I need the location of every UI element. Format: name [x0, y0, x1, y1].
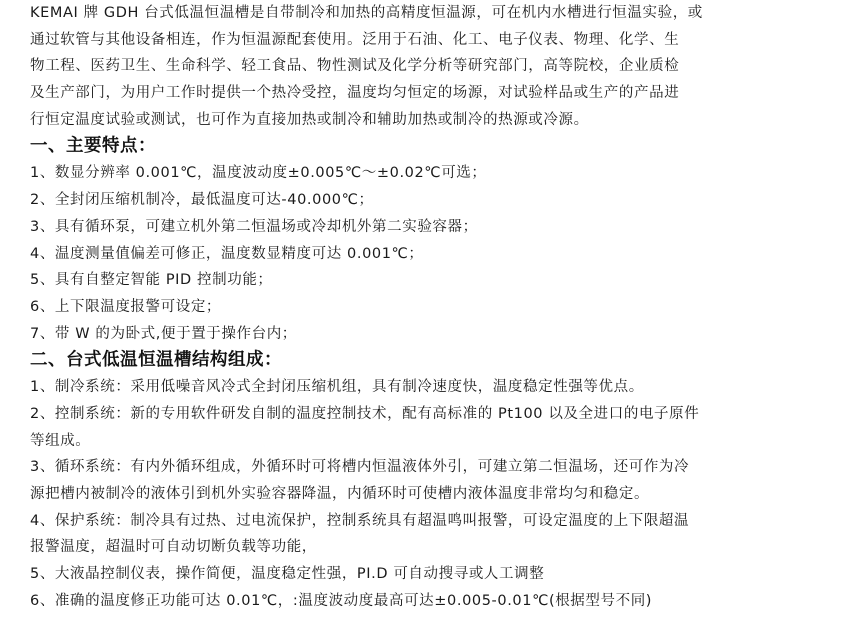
- intro-line: 物工程、医药卫生、生命科学、轻工食品、物性测试及化学分析等研究部门，高等院校，企…: [30, 53, 830, 80]
- feature-item: 6、上下限温度报警可设定；: [30, 294, 830, 321]
- product-description-document: KEMAI 牌 GDH 台式低温恒温槽是自带制冷和加热的高精度恒温源，可在机内水…: [30, 0, 830, 614]
- intro-line: 行恒定温度试验或测试，也可作为直接加热或制冷和辅助加热或制冷的热源或冷源。: [30, 107, 830, 134]
- structure-line: 3、循环系统：有内外循环组成，外循环时可将槽内恒温液体外引，可建立第二恒温场，还…: [30, 454, 830, 481]
- structure-line: 5、大液晶控制仪表，操作简便，温度稳定性强，PI.D 可自动搜寻或人工调整: [30, 561, 830, 588]
- section-structure: 二、台式低温恒温槽结构组成： 1、制冷系统：采用低噪音风冷式全封闭压缩机组，具有…: [30, 347, 830, 614]
- structure-line: 报警温度，超温时可自动切断负载等功能，: [30, 534, 830, 561]
- structure-line: 源把槽内被制冷的液体引到机外实验容器降温，内循环时可使槽内液体温度非常均匀和稳定…: [30, 481, 830, 508]
- intro-line: 通过软管与其他设备相连，作为恒温源配套使用。泛用于石油、化工、电子仪表、物理、化…: [30, 27, 830, 54]
- section-heading-structure: 二、台式低温恒温槽结构组成：: [30, 347, 830, 374]
- feature-item: 4、温度测量值偏差可修正，温度数显精度可达 0.001℃；: [30, 241, 830, 268]
- structure-line: 2、控制系统：新的专用软件研发自制的温度控制技术，配有高标准的 Pt100 以及…: [30, 401, 830, 428]
- feature-item: 3、具有循环泵，可建立机外第二恒温场或冷却机外第二实验容器；: [30, 214, 830, 241]
- intro-line: KEMAI 牌 GDH 台式低温恒温槽是自带制冷和加热的高精度恒温源，可在机内水…: [30, 0, 830, 27]
- structure-line: 4、保护系统：制冷具有过热、过电流保护，控制系统具有超温鸣叫报警，可设定温度的上…: [30, 508, 830, 535]
- feature-item: 1、数显分辨率 0.001℃，温度波动度±0.005℃～±0.02℃可选；: [30, 160, 830, 187]
- intro-line: 及生产部门，为用户工作时提供一个热冷受控，温度均匀恒定的场源，对试验样品或生产的…: [30, 80, 830, 107]
- feature-item: 2、全封闭压缩机制冷，最低温度可达-40.000℃；: [30, 187, 830, 214]
- structure-line: 6、准确的温度修正功能可达 0.01℃，:温度波动度最高可达±0.005-0.0…: [30, 588, 830, 615]
- section-heading-main-features: 一、主要特点：: [30, 133, 830, 160]
- structure-line: 等组成。: [30, 428, 830, 455]
- structure-line: 1、制冷系统：采用低噪音风冷式全封闭压缩机组，具有制冷速度快，温度稳定性强等优点…: [30, 374, 830, 401]
- feature-item: 7、带 W 的为卧式,便于置于操作台内；: [30, 321, 830, 348]
- section-main-features: 一、主要特点： 1、数显分辨率 0.001℃，温度波动度±0.005℃～±0.0…: [30, 133, 830, 347]
- intro-paragraph: KEMAI 牌 GDH 台式低温恒温槽是自带制冷和加热的高精度恒温源，可在机内水…: [30, 0, 830, 133]
- feature-item: 5、具有自整定智能 PID 控制功能；: [30, 267, 830, 294]
